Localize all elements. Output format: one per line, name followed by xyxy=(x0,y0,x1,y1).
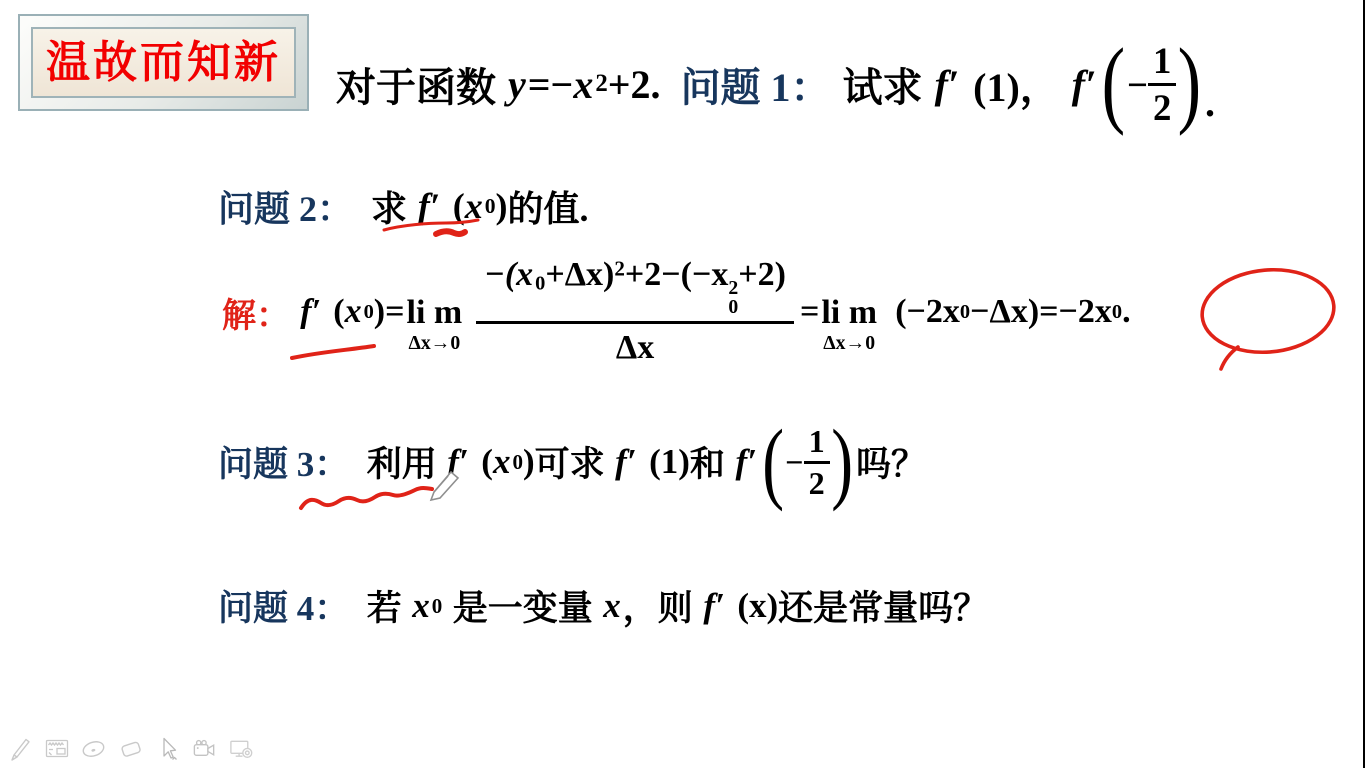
math-x-exponent: 2 xyxy=(595,70,607,98)
laser-pointer-tool-button[interactable] xyxy=(80,734,107,764)
q3-f-prime-3: f′ xyxy=(735,442,759,482)
math-x: x xyxy=(573,61,595,108)
q1-period: . xyxy=(1205,79,1215,140)
sol-f-prime: f′ xyxy=(300,293,323,331)
video-record-tool-button[interactable] xyxy=(191,734,218,764)
q4-then: ，则 xyxy=(623,581,693,631)
q4-if: 若 xyxy=(367,581,402,631)
fraction-half: 1 2 xyxy=(804,423,830,500)
q3-var: x xyxy=(493,442,513,482)
sol-lparen: ( xyxy=(333,293,344,331)
q4-suffix: 还是常量吗？ xyxy=(778,581,988,631)
q4-line: 问题 4： 若 x 0 是一变量 x ，则 f′ (x) 还是常量吗？ xyxy=(218,580,988,632)
q3-rparen: ) xyxy=(523,442,535,482)
q3-f-prime-1: f′ xyxy=(447,442,471,482)
slide: 温故而知新 对于函数 y =− x 2 +2. 问题 1： 试求 f′ (1)，… xyxy=(0,0,1366,768)
sol-var: x xyxy=(345,293,364,331)
fraction-half: 1 2 xyxy=(1148,40,1176,127)
math-plus-two: +2. xyxy=(608,61,661,108)
fraction-denominator: Δx xyxy=(476,324,794,369)
q4-x: x xyxy=(603,586,623,626)
sol-tail-a: (−2x xyxy=(895,293,960,331)
q1-f-prime-1: f′ xyxy=(935,61,962,108)
screen-record-tool-button[interactable] xyxy=(228,734,255,764)
left-paren: ( xyxy=(762,423,784,500)
left-paren: ( xyxy=(1102,42,1126,125)
q1-f-prime-2: f′ xyxy=(1072,61,1099,108)
laser-pointer-icon xyxy=(80,736,107,762)
q2-line: 问题 2： 求 f′ ( x 0 ) 的值. xyxy=(218,180,589,232)
limit-block-2: li m Δx→0 xyxy=(821,296,877,354)
math-eq-minus: =− xyxy=(528,61,574,108)
sol-tail-b-sub: 0 xyxy=(1112,301,1122,324)
title-box: 温故而知新 xyxy=(18,14,309,111)
answer-circle-tail xyxy=(1221,347,1238,369)
screen-record-icon xyxy=(228,736,255,762)
annotation-toolbar xyxy=(6,734,255,764)
q2-suffix: 的值. xyxy=(508,181,589,232)
limit-block-1: li m Δx→0 xyxy=(407,296,463,354)
eraser-tool-button[interactable] xyxy=(117,734,144,764)
sol-tail-b: −Δx)=−2x xyxy=(970,293,1112,331)
solution-label: 解： xyxy=(222,288,290,337)
q1-ask: 试求 xyxy=(843,56,923,113)
intro-text: 对于函数 xyxy=(336,56,496,113)
intro-line: 对于函数 y =− x 2 +2. 问题 1： 试求 f′ (1)， f′ ( … xyxy=(336,28,1215,140)
q3-and: 和 xyxy=(690,437,725,487)
fraction-numerator: −(x0+Δx)2+2−(−x20+2) xyxy=(476,255,794,323)
q2-var-sub: 0 xyxy=(485,194,496,219)
q1-fraction-neg-half: ( − 1 2 ) xyxy=(1100,40,1203,127)
title-label: 温故而知新 xyxy=(46,41,281,85)
q3-fraction-neg-half: ( − 1 2 ) xyxy=(761,423,854,500)
q4-x0-sub: 0 xyxy=(432,594,443,619)
answer-circle xyxy=(1199,264,1338,357)
right-paren: ) xyxy=(1178,42,1202,125)
right-paren: ) xyxy=(831,423,853,500)
sol-rparen: ) xyxy=(374,293,385,331)
q3-suffix: 吗？ xyxy=(856,437,926,487)
screen-edge-line xyxy=(1363,0,1365,768)
q2-label: 问题 2： xyxy=(218,181,353,232)
solution-line: 解： f′ ( x 0 ) = li m Δx→0 −(x0+Δx)2+2−(−… xyxy=(222,256,1131,368)
math-y: y xyxy=(508,61,528,108)
cursor-tool-button[interactable] xyxy=(154,734,181,764)
q3-lparen: ( xyxy=(481,442,493,482)
x0-squared-stack: 20 xyxy=(728,279,738,316)
sol-var-sub: 0 xyxy=(364,301,374,324)
q2-f-prime: f′ xyxy=(418,185,442,227)
eraser-icon xyxy=(118,736,144,762)
fraction-sign: − xyxy=(1127,63,1148,106)
video-camera-icon xyxy=(191,736,218,762)
title-box-inner: 温故而知新 xyxy=(31,27,296,98)
q2-text: 求 xyxy=(371,181,407,232)
q4-mid: 是一变量 xyxy=(453,581,593,631)
sol-tail-a-sub: 0 xyxy=(960,301,970,324)
sol-eq-2: = xyxy=(800,293,819,331)
q1-arg-1: (1)， xyxy=(973,56,1060,113)
q3-line: 问题 3： 利用 f′ ( x 0 ) 可求 f′ (1) 和 f′ ( − 1… xyxy=(218,414,926,510)
q3-use: 利用 xyxy=(367,437,437,487)
q3-arg-2: (1) xyxy=(649,442,690,482)
q3-f-prime-2: f′ xyxy=(615,442,639,482)
fraction-sign: − xyxy=(785,444,803,481)
q1-label: 问题 1： xyxy=(681,56,831,113)
q3-var-sub: 0 xyxy=(512,450,523,475)
pen-tool-button[interactable] xyxy=(6,734,33,764)
sol-eq: = xyxy=(385,293,404,331)
difference-quotient-fraction: −(x0+Δx)2+2−(−x20+2) Δx xyxy=(476,255,794,368)
whiteboard-icon xyxy=(44,736,70,762)
pen-icon xyxy=(7,736,33,762)
q4-x0: x xyxy=(412,586,432,626)
sol-period: . xyxy=(1122,293,1131,331)
q3-label: 问题 3： xyxy=(218,437,349,487)
q4-label: 问题 4： xyxy=(218,581,349,631)
q2-rparen: ) xyxy=(496,185,508,227)
q4-f-prime: f′ xyxy=(703,586,727,626)
cursor-icon xyxy=(155,736,181,762)
q2-lparen: ( xyxy=(453,185,465,227)
q4-arg: (x) xyxy=(737,586,778,626)
q3-mid: 可求 xyxy=(535,437,605,487)
whiteboard-tool-button[interactable] xyxy=(43,734,70,764)
q2-var: x xyxy=(465,185,485,227)
